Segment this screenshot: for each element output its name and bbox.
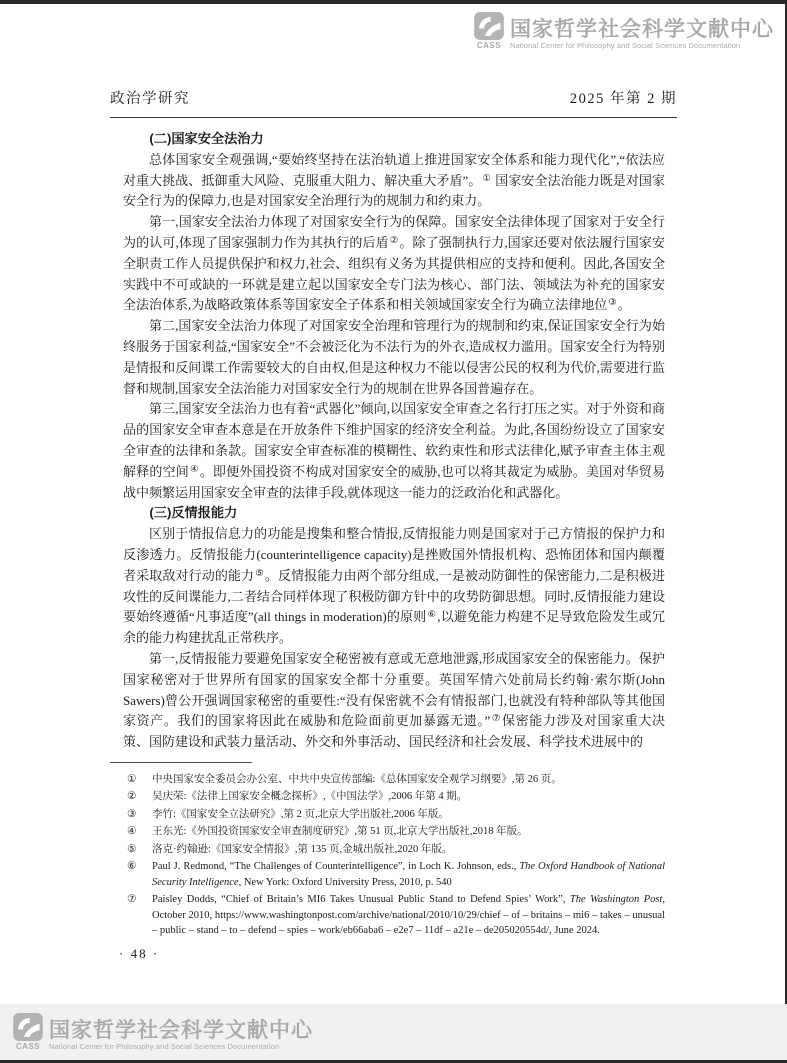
- cass-logo-abbr: CASS: [474, 41, 504, 50]
- cass-logo-icon: [13, 1013, 43, 1041]
- cass-logo-icon: [474, 12, 504, 40]
- body-paragraph: 区别于情报信息力的功能是搜集和整合情报,反情报能力则是国家对于己方情报的保护力和…: [123, 524, 665, 649]
- footnote-marker: ⑤: [127, 842, 152, 858]
- page-header: 政治学研究 2025 年第 2 期: [110, 87, 677, 118]
- journal-title: 政治学研究: [110, 87, 190, 108]
- footnote-italic-title: The Oxford Handbook of National Security…: [152, 861, 665, 888]
- footnote-item: ④王东光:《外国投资国家安全审查制度研究》,第 51 页,北京大学出版社,201…: [123, 824, 665, 840]
- footnote-italic-title: The Washington Post: [570, 894, 662, 905]
- cass-logo-footer: 国家哲学社会科学文献中心 CASS National Center for Ph…: [13, 1013, 313, 1051]
- footnote-ref: ②: [390, 236, 399, 246]
- footnote-item: ③李竹:《国家安全立法研究》,第 2 页,北京大学出版社,2006 年版。: [123, 807, 665, 823]
- cass-watermark-top: 国家哲学社会科学文献中心 CASS National Center for Ph…: [474, 12, 774, 50]
- article-body: (二)国家安全法治力总体国家安全观强调,“要始终坚持在法治轨道上推进国家安全体系…: [123, 129, 665, 753]
- footnote-marker: ⑥: [127, 859, 152, 890]
- cass-logo-name-cn: 国家哲学社会科学文献中心: [510, 19, 774, 40]
- body-paragraph: 第一,反情报能力要避免国家安全秘密被有意或无意地泄露,形成国家安全的保密能力。保…: [123, 649, 665, 753]
- footnote-ref: ③: [608, 298, 617, 308]
- cass-logo-name-en: National Center for Philosophy and Socia…: [510, 41, 774, 50]
- footnote-ref: ⑦: [491, 714, 501, 724]
- footnotes: ①中央国家安全委员会办公室、中共中央宣传部编:《总体国家安全观学习纲要》,第 2…: [123, 772, 665, 939]
- cass-logo: 国家哲学社会科学文献中心 CASS National Center for Ph…: [474, 12, 774, 50]
- issue-label: 2025 年第 2 期: [570, 87, 677, 108]
- body-paragraph: 第一,国家安全法治力体现了对国家安全行为的保障。国家安全法律体现了国家对于安全行…: [123, 212, 665, 316]
- body-paragraph: 第二,国家安全法治力体现了对国家安全治理和管理行为的规制和约束,保证国家安全行为…: [123, 316, 665, 399]
- body-paragraph: 第三,国家安全法治力也有着“武器化”倾向,以国家安全审查之名行打压之实。对于外资…: [123, 399, 665, 503]
- footnote-item: ①中央国家安全委员会办公室、中共中央宣传部编:《总体国家安全观学习纲要》,第 2…: [123, 772, 665, 788]
- section-heading: (三)反情报能力: [123, 503, 665, 524]
- footnote-item: ⑦Paisley Dodds, “Chief of Britain’s MI6 …: [123, 892, 665, 939]
- footnote-ref: ④: [190, 465, 199, 475]
- footnote-ref: ⑤: [255, 569, 264, 579]
- cass-logo-name-en: National Center for Philosophy and Socia…: [49, 1042, 313, 1051]
- cass-logo-abbr: CASS: [13, 1042, 43, 1051]
- page-number: · 48 ·: [119, 946, 665, 962]
- body-paragraph: 总体国家安全观强调,“要始终坚持在法治轨道上推进国家安全体系和能力现代化”,“依…: [123, 150, 665, 212]
- footnote-text: Paisley Dodds, “Chief of Britain’s MI6 T…: [152, 892, 665, 939]
- footnote-item: ②吴庆荣:《法律上国家安全概念探析》,《中国法学》,2006 年第 4 期。: [123, 789, 665, 805]
- cass-logo-name-cn: 国家哲学社会科学文献中心: [49, 1020, 313, 1041]
- footnote-text: 王东光:《外国投资国家安全审查制度研究》,第 51 页,北京大学出版社,2018…: [152, 824, 665, 840]
- footnote-ref: ⑥: [428, 610, 437, 620]
- window-edge-top: [0, 0, 787, 4]
- content-column: (二)国家安全法治力总体国家安全观强调,“要始终坚持在法治轨道上推进国家安全体系…: [123, 129, 665, 962]
- footnote-marker: ①: [127, 772, 152, 788]
- footnote-item: ⑤洛克·约翰逊:《国家安全情报》,第 135 页,金城出版社,2020 年版。: [123, 842, 665, 858]
- footnote-marker: ②: [127, 789, 152, 805]
- footnote-text: 中央国家安全委员会办公室、中共中央宣传部编:《总体国家安全观学习纲要》,第 26…: [152, 772, 665, 788]
- footnote-marker: ③: [127, 807, 152, 823]
- document-page: 国家哲学社会科学文献中心 CASS National Center for Ph…: [0, 0, 787, 1063]
- footnote-ref: ①: [482, 174, 491, 184]
- footnote-marker: ④: [127, 824, 152, 840]
- footnote-divider: [110, 762, 252, 763]
- footnote-marker: ⑦: [127, 892, 152, 939]
- footnote-text: 李竹:《国家安全立法研究》,第 2 页,北京大学出版社,2006 年版。: [152, 807, 665, 823]
- footer-bar: 国家哲学社会科学文献中心 CASS National Center for Ph…: [0, 1004, 787, 1060]
- footnote-text: 洛克·约翰逊:《国家安全情报》,第 135 页,金城出版社,2020 年版。: [152, 842, 665, 858]
- footnote-text: 吴庆荣:《法律上国家安全概念探析》,《中国法学》,2006 年第 4 期。: [152, 789, 665, 805]
- footnote-text: Paul J. Redmond, “The Challenges of Coun…: [152, 859, 665, 890]
- section-heading: (二)国家安全法治力: [123, 129, 665, 150]
- footnote-item: ⑥Paul J. Redmond, “The Challenges of Cou…: [123, 859, 665, 890]
